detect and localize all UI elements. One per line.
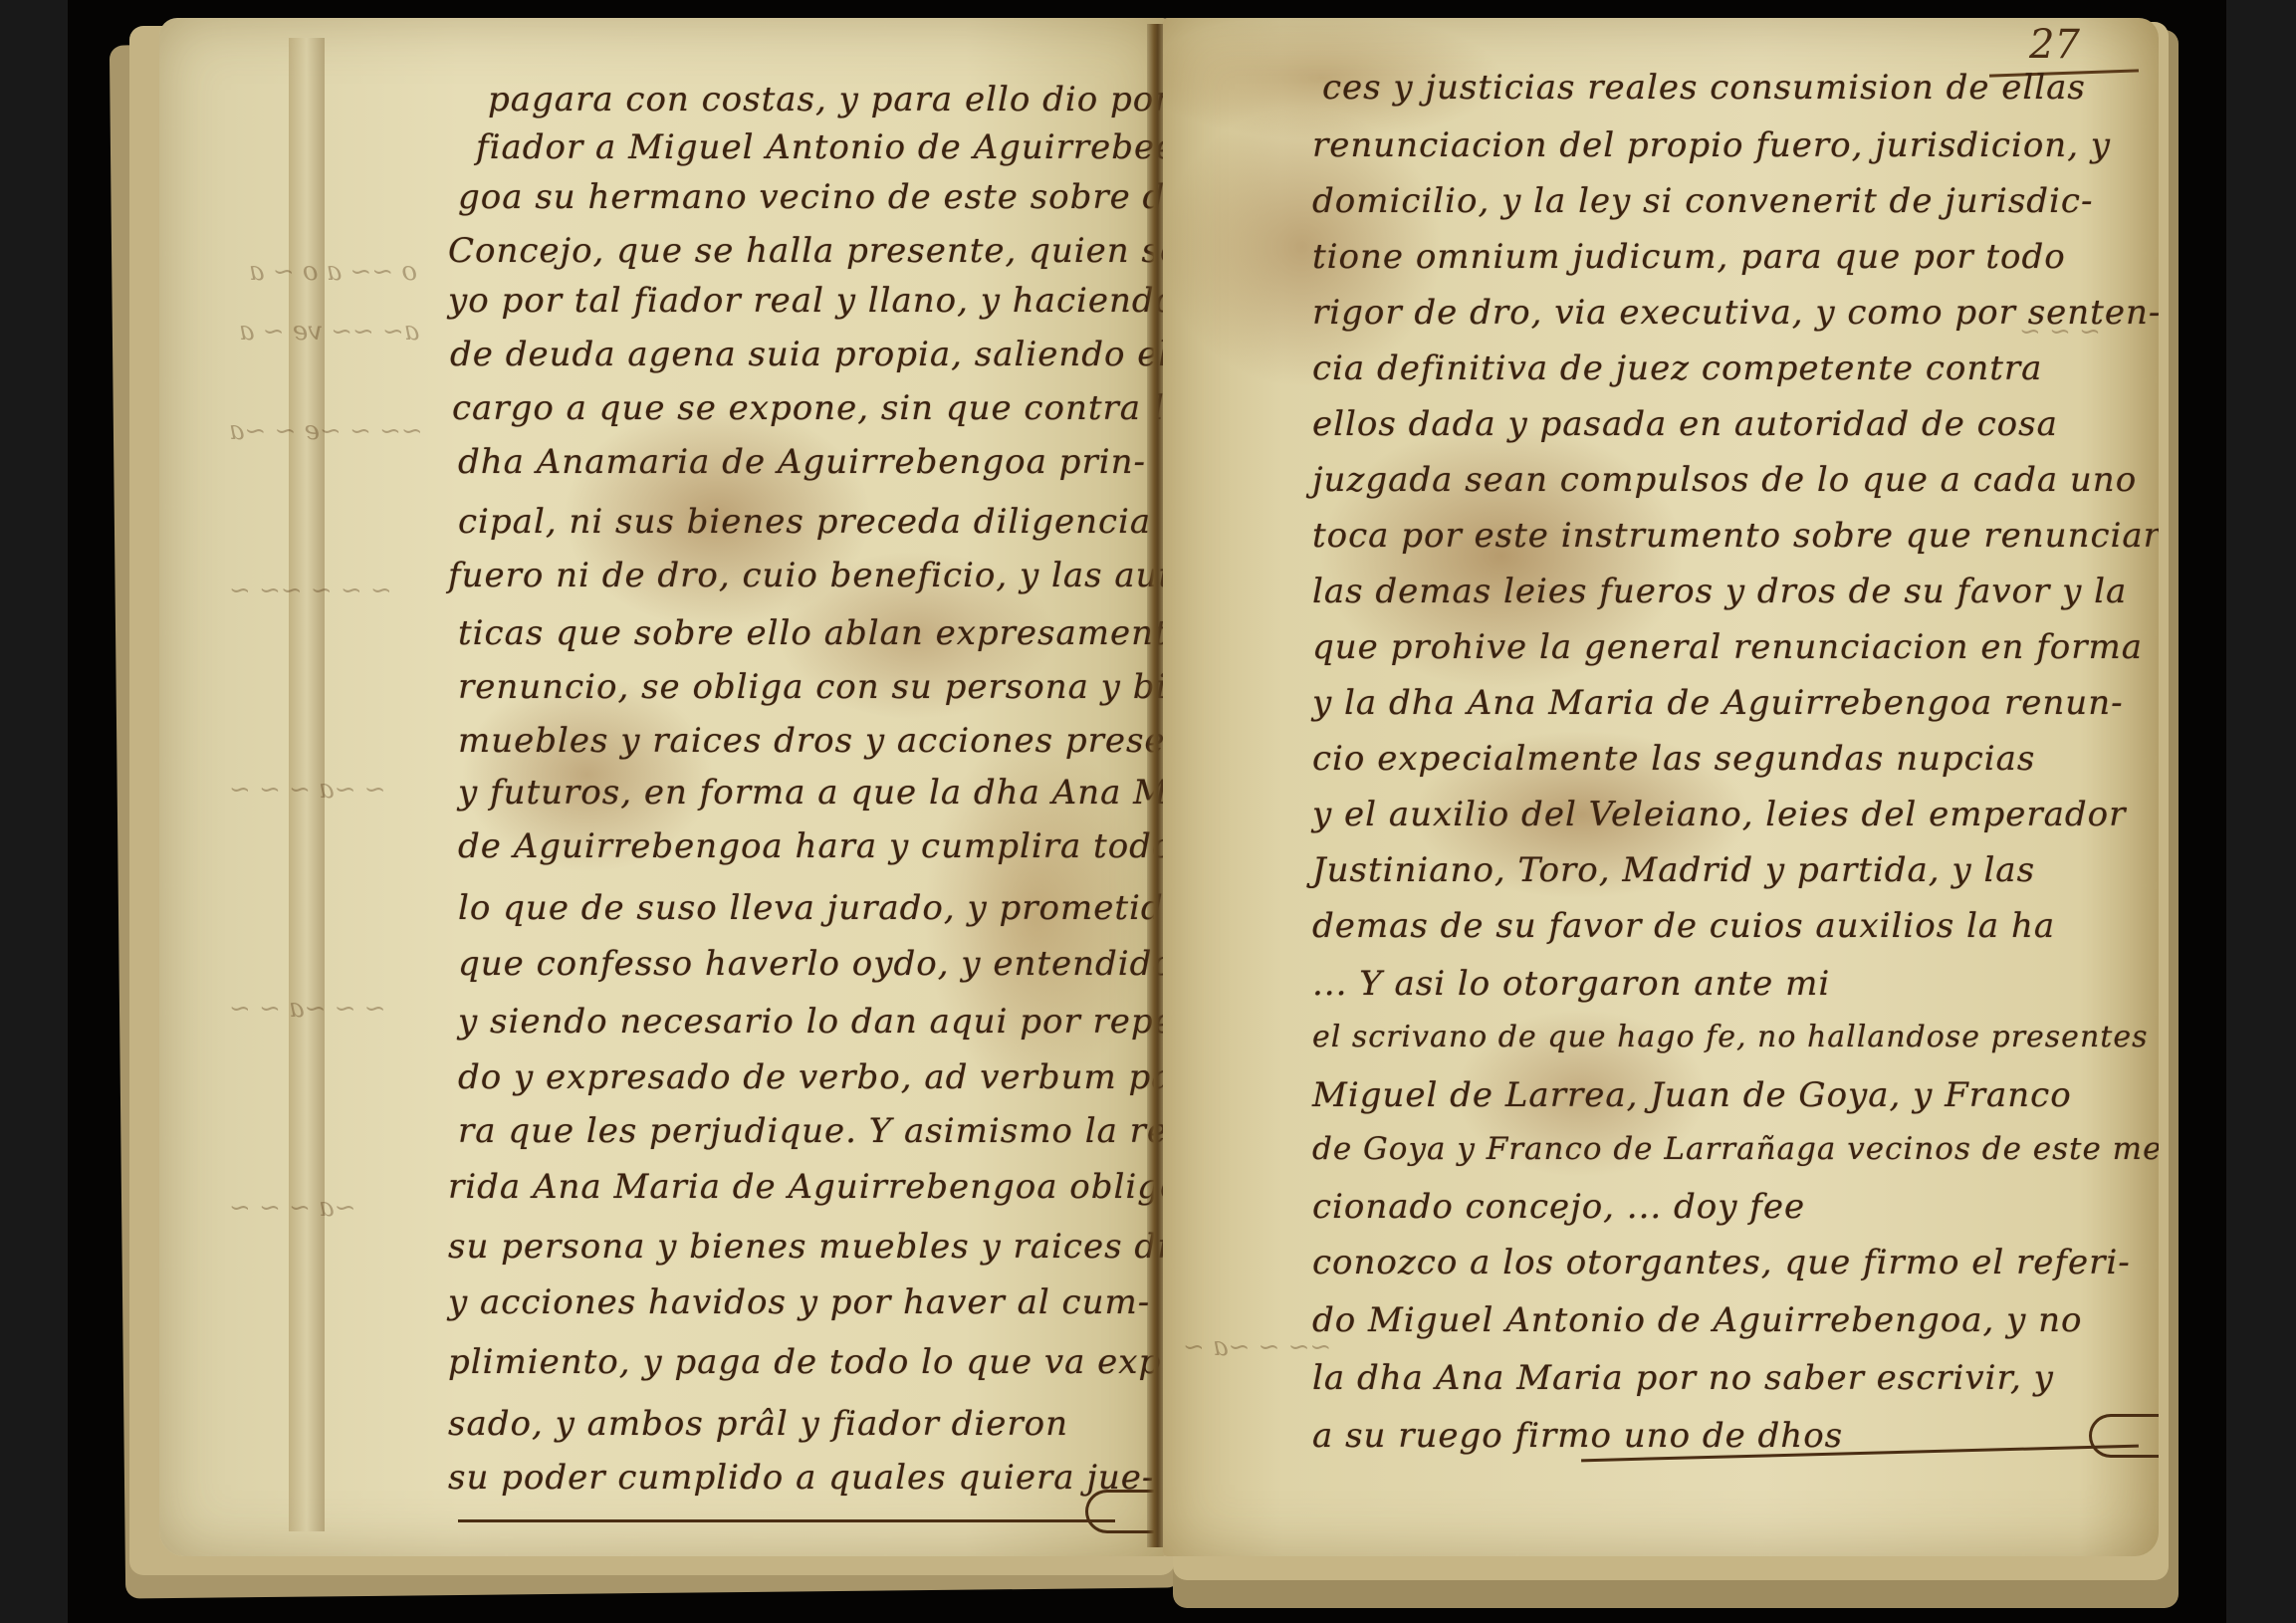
manuscript-line: ces y justicias reales consumision de el… bbox=[1322, 68, 2086, 108]
manuscript-line: ellos dada y pasada en autoridad de cosa bbox=[1312, 404, 2058, 444]
manuscript-line: y futuros, en forma a que la dha Ana Mar… bbox=[458, 773, 1167, 812]
bleed-through-text: a~ ~~ ve ~ a bbox=[239, 317, 419, 347]
bleed-through-text: ~~ ~ ~a ~ bbox=[1183, 1332, 1331, 1362]
manuscript-line: cia definitiva de juez competente contra bbox=[1312, 348, 2042, 388]
folio-number: 27 bbox=[2029, 22, 2080, 68]
bleed-through-text: ~a ~ ~ ~ bbox=[229, 1193, 355, 1223]
manuscript-line: toca por este instrumento sobre que renu… bbox=[1312, 516, 2159, 556]
manuscript-line: que prohive la general renunciacion en f… bbox=[1312, 627, 2143, 667]
manuscript-line: ticas que sobre ello ablan expresamente bbox=[458, 613, 1167, 653]
manuscript-line: el scrivano de que hago fe, no hallandos… bbox=[1312, 1020, 2159, 1054]
manuscript-line: cargo a que se expone, sin que contra la bbox=[452, 388, 1167, 428]
manuscript-line: fuero ni de dro, cuio beneficio, y las a… bbox=[448, 556, 1167, 595]
manuscript-line: a su ruego firmo uno de dhos bbox=[1312, 1416, 1843, 1456]
manuscript-line: las demas leies fueros y dros de su favo… bbox=[1312, 572, 2127, 611]
manuscript-line: do y expresado de verbo, ad verbum pa- bbox=[458, 1057, 1167, 1097]
manuscript-line: que confesso haverlo oydo, y entendido, bbox=[458, 944, 1167, 984]
manuscript-line: y el auxilio del Veleiano, leies del emp… bbox=[1312, 795, 2126, 834]
manuscript-line: renunciacion del propio fuero, jurisdici… bbox=[1312, 125, 2111, 165]
manuscript-line: tione omnium judicum, para que por todo bbox=[1312, 237, 2066, 277]
bleed-through-text: ~ ~ ~ ~~ ~ bbox=[229, 576, 392, 605]
manuscript-line: cio expecialmente las segundas nupcias bbox=[1312, 739, 2035, 779]
manuscript-line: demas de su favor de cuios auxilios la h… bbox=[1312, 906, 2055, 946]
manuscript-line: dha Anamaria de Aguirrebengoa prin- bbox=[458, 442, 1146, 482]
bleed-through-text: o ~~ a o ~ a bbox=[249, 257, 417, 287]
bleed-through-text: ~ ~a ~ ~ ~ bbox=[229, 775, 386, 805]
manuscript-line: y acciones havidos y por haver al cum- bbox=[448, 1282, 1150, 1322]
manuscript-line: plimiento, y paga de todo lo que va expr… bbox=[448, 1342, 1167, 1382]
manuscript-line: y siendo necesario lo dan aqui por repet… bbox=[458, 1002, 1167, 1042]
manuscript-line: rigor de dro, via executiva, y como por … bbox=[1312, 293, 2159, 333]
bleed-through-text: ~~ ~ ~e ~ ~a bbox=[229, 416, 423, 446]
closing-rule bbox=[458, 1519, 1115, 1522]
manuscript-line: yo por tal fiador real y llano, y hacien… bbox=[448, 281, 1167, 321]
manuscript-line: do Miguel Antonio de Aguirrebengoa, y no bbox=[1312, 1300, 2083, 1340]
manuscript-line: y la dha Ana Maria de Aguirrebengoa renu… bbox=[1312, 683, 2124, 723]
manuscript-line: Concejo, que se halla presente, quien se… bbox=[448, 231, 1167, 271]
manuscript-line: cionado concejo, ... doy fee bbox=[1312, 1187, 1805, 1227]
manuscript-line: renuncio, se obliga con su persona y bie… bbox=[458, 667, 1167, 707]
bleed-through-text: ~ ~ ~a ~ ~ bbox=[229, 994, 386, 1024]
manuscript-line: goa su hermano vecino de este sobre dho bbox=[458, 177, 1167, 217]
manuscript-line: juzgada sean compulsos de lo que a cada … bbox=[1312, 460, 2137, 500]
manuscript-line: muebles y raices dros y acciones present… bbox=[458, 721, 1167, 761]
manuscript-line: pagara con costas, y para ello dio por s… bbox=[488, 80, 1167, 119]
manuscript-line: ... Y asi lo otorgaron ante mi bbox=[1312, 964, 1830, 1004]
manuscript-line: Miguel de Larrea, Juan de Goya, y Franco bbox=[1312, 1075, 2072, 1115]
left-page: o ~~ a o ~ a a~ ~~ ve ~ a ~~ ~ ~e ~ ~a ~… bbox=[159, 18, 1167, 1556]
manuscript-line: su poder cumplido a quales quiera jue- bbox=[448, 1458, 1154, 1498]
manuscript-line: de deuda agena suia propia, saliendo el bbox=[450, 335, 1167, 374]
closing-flourish bbox=[2089, 1414, 2159, 1458]
manuscript-line: la dha Ana Maria por no saber escrivir, … bbox=[1312, 1358, 2054, 1398]
manuscript-line: su persona y bienes muebles y raices dro… bbox=[448, 1227, 1167, 1267]
manuscript-line: de Goya y Franco de Larrañaga vecinos de… bbox=[1312, 1131, 2159, 1167]
manuscript-line: sado, y ambos prâl y fiador dieron bbox=[448, 1404, 1068, 1444]
manuscript-line: cipal, ni sus bienes preceda diligencia … bbox=[458, 502, 1167, 542]
manuscript-line: de Aguirrebengoa hara y cumplira todo bbox=[458, 826, 1167, 866]
right-page: 27 ~ ~ ~ ~~ ~ ~a ~ ces y justicias reale… bbox=[1163, 18, 2159, 1556]
manuscript-line: Justiniano, Toro, Madrid y partida, y la… bbox=[1312, 850, 2035, 890]
manuscript-line: domicilio, y la ley si convenerit de jur… bbox=[1312, 181, 2093, 221]
manuscript-line: lo que de suso lleva jurado, y prometido bbox=[458, 888, 1167, 928]
manuscript-line: conozco a los otorgantes, que firmo el r… bbox=[1312, 1243, 2131, 1282]
manuscript-line: fiador a Miguel Antonio de Aguirrebeen- bbox=[476, 127, 1167, 167]
manuscript-line: rida Ana Maria de Aguirrebengoa obligo bbox=[448, 1167, 1167, 1207]
manuscript-line: ra que les perjudique. Y asimismo la ref… bbox=[458, 1111, 1167, 1151]
manuscript-scan: o ~~ a o ~ a a~ ~~ ve ~ a ~~ ~ ~e ~ ~a ~… bbox=[68, 0, 2226, 1623]
